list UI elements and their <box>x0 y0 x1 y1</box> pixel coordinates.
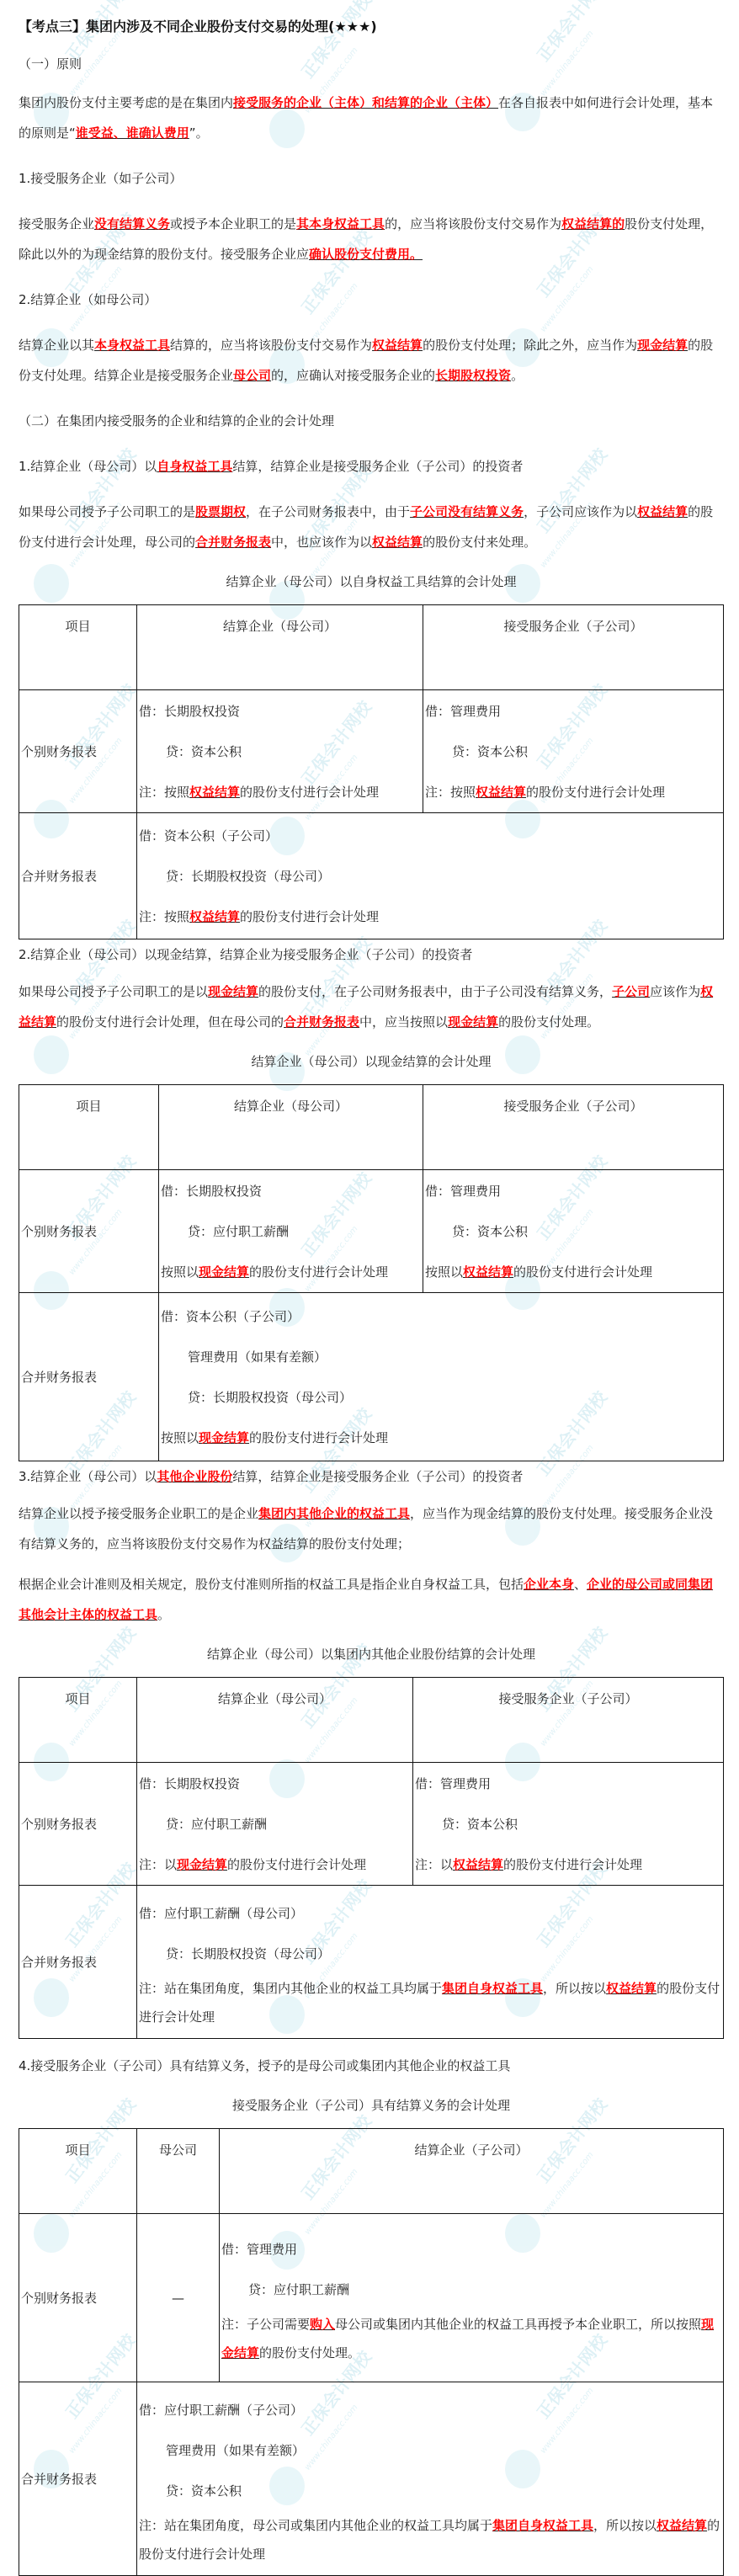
highlight: 合并财务报表 <box>195 535 271 550</box>
highlight: 权益结算 <box>463 1264 513 1280</box>
row-label: 合并财务报表 <box>19 1886 137 2039</box>
item2-paragraph: 结算企业以其本身权益工具结算的，应当将该股份支付交易作为权益结算的股份支付处理；… <box>19 330 724 391</box>
highlight: 长期股权投资 <box>435 368 511 383</box>
case3-heading: 3.结算企业（母公司）以其他企业股份结算，结算企业是接受服务企业（子公司）的投资… <box>19 1461 724 1492</box>
table-row: 合并财务报表 借：资本公积（子公司） 管理费用（如果有差额） 贷：长期股权投资（… <box>19 1293 724 1461</box>
text: 注：按照 <box>425 785 476 800</box>
text: 母公司或集团内其他企业的权益工具再授予本企业职工，所以按照 <box>335 2317 701 2332</box>
highlight: 谁受益、谁确认费用 <box>76 125 189 141</box>
text: 中，应当按照以 <box>359 1014 448 1030</box>
debit-line: 借：管理费用 <box>425 1171 721 1211</box>
text: ，所以按以 <box>593 2518 657 2533</box>
credit-line: 贷：长期股权投资（母公司） <box>139 856 721 897</box>
text: ，在子公司财务报表中，由于 <box>246 504 410 519</box>
subsidiary-entry-cell: 借：管理费用 贷：资本公积 注：以权益结算的股份支付进行会计处理 <box>413 1763 724 1886</box>
debit-line: 借：管理费用 <box>415 1764 721 1804</box>
text: 的，应当将该股份支付交易作为 <box>385 216 561 232</box>
debit-line: 借：长期股权投资 <box>161 1171 421 1211</box>
highlight: 现金结算 <box>637 338 688 353</box>
highlight: 本身权益工具 <box>94 338 170 353</box>
table1-caption: 结算企业（母公司）以自身权益工具结算的会计处理 <box>19 569 724 594</box>
highlight: 购入 <box>310 2317 335 2332</box>
table-row: 个别财务报表 — 借：管理费用 贷：应付职工薪酬 注：子公司需要购入母公司或集团… <box>19 2214 724 2382</box>
text: 的股份支付处理；除此之外，应当作为 <box>423 338 637 353</box>
highlight: 其本身权益工具 <box>296 216 385 232</box>
credit-line: 贷：长期股权投资（母公司） <box>139 1934 721 1974</box>
highlight: 权益结算 <box>372 535 423 550</box>
credit-line: 贷：资本公积 <box>425 1211 721 1252</box>
text: 注：按照 <box>139 909 189 924</box>
text: 或授予本企业职工的是 <box>170 216 296 232</box>
debit-line: 借：管理费用 <box>221 2229 721 2270</box>
text: 的股份支付处理。 <box>498 1014 599 1030</box>
text: 的股份支付来处理。 <box>423 535 536 550</box>
col-header-parent: 结算企业（母公司） <box>159 1085 423 1170</box>
parent-entry-cell: 借：长期股权投资 贷：应付职工薪酬 按照以现金结算的股份支付进行会计处理 <box>159 1170 423 1293</box>
highlight: 子公司没有结算义务 <box>410 504 524 519</box>
text: 。 <box>157 1607 170 1622</box>
credit-line: 贷：长期股权投资（母公司） <box>161 1377 721 1418</box>
subsidiary-entry-cell: 借：管理费用 贷：资本公积 按照以权益结算的股份支付进行会计处理 <box>423 1170 724 1293</box>
consolidated-entry-cell: 借：资本公积（子公司） 贷：长期股权投资（母公司） 注：按照权益结算的股份支付进… <box>137 813 724 939</box>
highlight: 现金结算 <box>199 1264 249 1280</box>
highlight: 股票期权 <box>195 504 246 519</box>
note-line: 按照以现金结算的股份支付进行会计处理 <box>161 1418 721 1458</box>
consolidated-entry-cell: 借：应付职工薪酬（子公司） 管理费用（如果有差额） 贷：资本公积 注：站在集团角… <box>137 2382 724 2576</box>
case1-paragraph: 如果母公司授予子公司职工的是股票期权，在子公司财务报表中，由于子公司没有结算义务… <box>19 497 724 557</box>
highlight: 现金结算 <box>208 984 258 999</box>
item1-paragraph: 接受服务企业没有结算义务或授予本企业职工的是其本身权益工具的，应当将该股份支付交… <box>19 209 724 269</box>
credit-line: 贷：应付职工薪酬 <box>221 2270 721 2310</box>
table-other-entity-shares: 项目 结算企业（母公司） 接受服务企业（子公司） 个别财务报表 借：长期股权投资… <box>19 1677 724 2039</box>
row-label: 个别财务报表 <box>19 1763 137 1886</box>
table-equity-settled: 项目 结算企业（母公司） 接受服务企业（子公司） 个别财务报表 借：长期股权投资… <box>19 604 724 939</box>
subsidiary-entry-cell: 借：管理费用 贷：应付职工薪酬 注：子公司需要购入母公司或集团内其他企业的权益工… <box>220 2214 724 2382</box>
note-line: 按照以现金结算的股份支付进行会计处理 <box>161 1252 421 1292</box>
highlight: 权益结算 <box>189 909 240 924</box>
col-header-subsidiary: 接受服务企业（子公司） <box>423 1085 724 1170</box>
row-label: 合并财务报表 <box>19 1293 159 1461</box>
text: 的股份支付进行会计处理 <box>526 785 665 800</box>
highlight: 确认股份支付费用。 <box>309 247 423 262</box>
row-label: 个别财务报表 <box>19 690 137 813</box>
debit-line: 管理费用（如果有差额） <box>139 2430 721 2471</box>
text: 的，应确认对接受服务企业的 <box>271 368 435 383</box>
table4-caption: 接受服务企业（子公司）具有结算义务的会计处理 <box>19 2093 724 2118</box>
table-row: 个别财务报表 借：长期股权投资 贷：资本公积 注：按照权益结算的股份支付进行会计… <box>19 690 724 813</box>
text: 注：以 <box>415 1857 453 1872</box>
case2-heading: 2.结算企业（母公司）以现金结算，结算企业为接受服务企业（子公司）的投资者 <box>19 939 724 970</box>
highlight: 权益结算 <box>657 2518 707 2533</box>
text: ，所以按以 <box>543 1981 606 1996</box>
debit-line: 借：长期股权投资 <box>139 1764 411 1804</box>
highlight: 权益结算的 <box>561 216 625 232</box>
table2-caption: 结算企业（母公司）以现金结算的会计处理 <box>19 1049 724 1074</box>
debit-line: 管理费用（如果有差额） <box>161 1337 721 1377</box>
text: 按照以 <box>161 1264 199 1280</box>
highlight: 现金结算 <box>448 1014 498 1030</box>
note-line: 注：站在集团角度，集团内其他企业的权益工具均属于集团自身权益工具，所以按以权益结… <box>139 1974 721 2031</box>
text: 的股份支付进行会计处理 <box>513 1264 652 1280</box>
credit-line: 贷：资本公积 <box>415 1804 721 1844</box>
text: 的股份支付处理。 <box>259 2345 360 2360</box>
section-heading-group: （二）在集团内接受服务的企业和结算的企业的会计处理 <box>19 406 724 436</box>
table3-caption: 结算企业（母公司）以集团内其他企业股份结算的会计处理 <box>19 1642 724 1667</box>
text: 如果母公司授予子公司职工的是以 <box>19 984 208 999</box>
text: 的股份支付进行会计处理，但在母公司的 <box>56 1014 284 1030</box>
col-header-item: 项目 <box>19 1085 159 1170</box>
text: 3.结算企业（母公司）以 <box>19 1469 157 1484</box>
text: 结算，结算企业是接受服务企业（子公司）的投资者 <box>232 459 523 474</box>
credit-line: 贷：资本公积 <box>139 732 421 772</box>
note-line: 按照以权益结算的股份支付进行会计处理 <box>425 1252 721 1292</box>
text: 的股份支付，在子公司财务报表中，由于子公司没有结算义务， <box>258 984 612 999</box>
credit-line: 贷：应付职工薪酬 <box>139 1804 411 1844</box>
highlight: 其他企业股份 <box>157 1469 232 1484</box>
note-line: 注：站在集团角度，母公司或集团内其他企业的权益工具均属于集团自身权益工具，所以按… <box>139 2511 721 2568</box>
highlight: 现金结算 <box>199 1430 249 1445</box>
table-row: 合并财务报表 借：应付职工薪酬（子公司） 管理费用（如果有差额） 贷：资本公积 … <box>19 2382 724 2576</box>
text: 的股份支付进行会计处理 <box>249 1430 388 1445</box>
highlight: 权益结算 <box>476 785 526 800</box>
page-title: 【考点三】集团内涉及不同企业股份支付交易的处理(★★★) <box>19 0 724 37</box>
item2-heading: 2.结算企业（如母公司） <box>19 285 724 315</box>
text: 应该作为 <box>650 984 700 999</box>
text: 的股份支付进行会计处理 <box>503 1857 642 1872</box>
highlight: 权益结算 <box>372 338 423 353</box>
case2-paragraph: 如果母公司授予子公司职工的是以现金结算的股份支付，在子公司财务报表中，由于子公司… <box>19 977 724 1037</box>
col-header-item: 项目 <box>19 1678 137 1763</box>
highlight: 现金结算 <box>177 1857 227 1872</box>
highlight: 母公司 <box>233 368 271 383</box>
text: 的股份支付进行会计处理 <box>240 785 379 800</box>
case3-paragraph-1: 结算企业以授予接受服务企业职工的是企业集团内其他企业的权益工具，应当作为现金结算… <box>19 1498 724 1559</box>
col-header-item: 项目 <box>19 605 137 690</box>
consolidated-entry-cell: 借：应付职工薪酬（母公司） 贷：长期股权投资（母公司） 注：站在集团角度，集团内… <box>137 1886 724 2039</box>
text: 注：子公司需要 <box>221 2317 310 2332</box>
highlight: 权益结算 <box>453 1857 503 1872</box>
item1-heading: 1.接受服务企业（如子公司） <box>19 163 724 194</box>
text: 的股份支付进行会计处理 <box>240 909 379 924</box>
note-line: 注：按照权益结算的股份支付进行会计处理 <box>425 772 721 812</box>
case3-paragraph-2: 根据企业会计准则及相关规定，股份支付准则所指的权益工具是指企业自身权益工具，包括… <box>19 1569 724 1630</box>
parent-entry-cell: 借：长期股权投资 贷：应付职工薪酬 注：以现金结算的股份支付进行会计处理 <box>137 1763 413 1886</box>
row-label: 个别财务报表 <box>19 1170 159 1293</box>
table-row: 合并财务报表 借：应付职工薪酬（母公司） 贷：长期股权投资（母公司） 注：站在集… <box>19 1886 724 2039</box>
debit-line: 借：资本公积（子公司） <box>161 1296 721 1337</box>
principle-paragraph: 集团内股份支付主要考虑的是在集团内接受服务的企业（主体）和结算的企业（主体）在各… <box>19 88 724 148</box>
text: 结算企业以其 <box>19 338 94 353</box>
parent-entry-cell: — <box>137 2214 220 2382</box>
col-header-parent: 母公司 <box>137 2129 220 2214</box>
debit-line: 借：长期股权投资 <box>139 691 421 732</box>
text: 结算企业以授予接受服务企业职工的是企业 <box>19 1506 258 1521</box>
col-header-subsidiary: 接受服务企业（子公司） <box>413 1678 724 1763</box>
subsidiary-entry-cell: 借：管理费用 贷：资本公积 注：按照权益结算的股份支付进行会计处理 <box>423 690 724 813</box>
text: 按照以 <box>161 1430 199 1445</box>
highlight: 合并财务报表 <box>284 1014 359 1030</box>
highlight: 子公司 <box>612 984 650 999</box>
text: ，子公司应该作为以 <box>524 504 637 519</box>
col-header-parent: 结算企业（母公司） <box>137 1678 413 1763</box>
highlight: 权益结算 <box>189 785 240 800</box>
text: 注：以 <box>139 1857 177 1872</box>
credit-line: 贷：应付职工薪酬 <box>161 1211 421 1252</box>
text: 集团内股份支付主要考虑的是在集团内 <box>19 95 233 110</box>
col-header-subsidiary: 接受服务企业（子公司） <box>423 605 724 690</box>
row-label: 个别财务报表 <box>19 2214 137 2382</box>
credit-line: 贷：资本公积 <box>139 2471 721 2511</box>
debit-line: 借：管理费用 <box>425 691 721 732</box>
col-header-item: 项目 <box>19 2129 137 2214</box>
highlight: 权益结算 <box>606 1981 657 1996</box>
text: 的股份支付进行会计处理 <box>227 1857 366 1872</box>
note-line: 注：按照权益结算的股份支付进行会计处理 <box>139 897 721 937</box>
text: 接受服务企业 <box>19 216 94 232</box>
highlight: 自身权益工具 <box>157 459 232 474</box>
credit-line: 贷：资本公积 <box>425 732 721 772</box>
highlight: 接受服务的企业（主体）和结算的企业（主体） <box>233 95 498 110</box>
debit-line: 借：应付职工薪酬（子公司） <box>139 2390 721 2430</box>
text: 如果母公司授予子公司职工的是 <box>19 504 195 519</box>
highlight: 集团自身权益工具 <box>492 2518 593 2533</box>
case1-heading: 1.结算企业（母公司）以自身权益工具结算，结算企业是接受服务企业（子公司）的投资… <box>19 451 724 482</box>
text: 的股份支付进行会计处理 <box>249 1264 388 1280</box>
note-line: 注：以权益结算的股份支付进行会计处理 <box>415 1844 721 1885</box>
text: 根据企业会计准则及相关规定，股份支付准则所指的权益工具是指企业自身权益工具，包括 <box>19 1577 524 1592</box>
row-label: 合并财务报表 <box>19 2382 137 2576</box>
text: 结算，结算企业是接受服务企业（子公司）的投资者 <box>232 1469 523 1484</box>
col-header-settling-subsidiary: 结算企业（子公司） <box>220 2129 724 2214</box>
text: 1.结算企业（母公司）以 <box>19 459 157 474</box>
text: 中，也应该作为以 <box>271 535 372 550</box>
text: 注：站在集团角度，母公司或集团内其他企业的权益工具均属于 <box>139 2518 492 2533</box>
table-cash-settled: 项目 结算企业（母公司） 接受服务企业（子公司） 个别财务报表 借：长期股权投资… <box>19 1084 724 1461</box>
table-row: 个别财务报表 借：长期股权投资 贷：应付职工薪酬 注：以现金结算的股份支付进行会… <box>19 1763 724 1886</box>
note-line: 注：按照权益结算的股份支付进行会计处理 <box>139 772 421 812</box>
consolidated-entry-cell: 借：资本公积（子公司） 管理费用（如果有差额） 贷：长期股权投资（母公司） 按照… <box>159 1293 724 1461</box>
text: 结算的，应当将该股份支付交易作为 <box>170 338 372 353</box>
case4-heading: 4.接受服务企业（子公司）具有结算义务，授予的是母公司或集团内其他企业的权益工具 <box>19 2051 724 2081</box>
text: ”。 <box>189 125 209 141</box>
highlight: 企业本身 <box>524 1577 574 1592</box>
debit-line: 借：资本公积（子公司） <box>139 816 721 856</box>
parent-entry-cell: 借：长期股权投资 贷：资本公积 注：按照权益结算的股份支付进行会计处理 <box>137 690 423 813</box>
row-label: 合并财务报表 <box>19 813 137 939</box>
highlight: 权益结算 <box>637 504 688 519</box>
table-row: 合并财务报表 借：资本公积（子公司） 贷：长期股权投资（母公司） 注：按照权益结… <box>19 813 724 939</box>
text: 注：按照 <box>139 785 189 800</box>
table-subsidiary-settles: 项目 母公司 结算企业（子公司） 个别财务报表 — 借：管理费用 贷：应付职工薪… <box>19 2128 724 2576</box>
section-heading-principle: （一）原则 <box>19 49 724 79</box>
table-row: 个别财务报表 借：长期股权投资 贷：应付职工薪酬 按照以现金结算的股份支付进行会… <box>19 1170 724 1293</box>
note-line: 注：子公司需要购入母公司或集团内其他企业的权益工具再授予本企业职工，所以按照现金… <box>221 2310 721 2367</box>
document-body: 【考点三】集团内涉及不同企业股份支付交易的处理(★★★) （一）原则 集团内股份… <box>0 0 739 2576</box>
highlight: 没有结算义务 <box>94 216 170 232</box>
text: 。 <box>511 368 524 383</box>
highlight: 集团内其他企业的权益工具 <box>258 1506 410 1521</box>
text: 按照以 <box>425 1264 463 1280</box>
col-header-parent: 结算企业（母公司） <box>137 605 423 690</box>
highlight: 集团自身权益工具 <box>442 1981 543 1996</box>
text: 、 <box>574 1577 587 1592</box>
text: 注：站在集团角度，集团内其他企业的权益工具均属于 <box>139 1981 442 1996</box>
debit-line: 借：应付职工薪酬（母公司） <box>139 1893 721 1934</box>
note-line: 注：以现金结算的股份支付进行会计处理 <box>139 1844 411 1885</box>
